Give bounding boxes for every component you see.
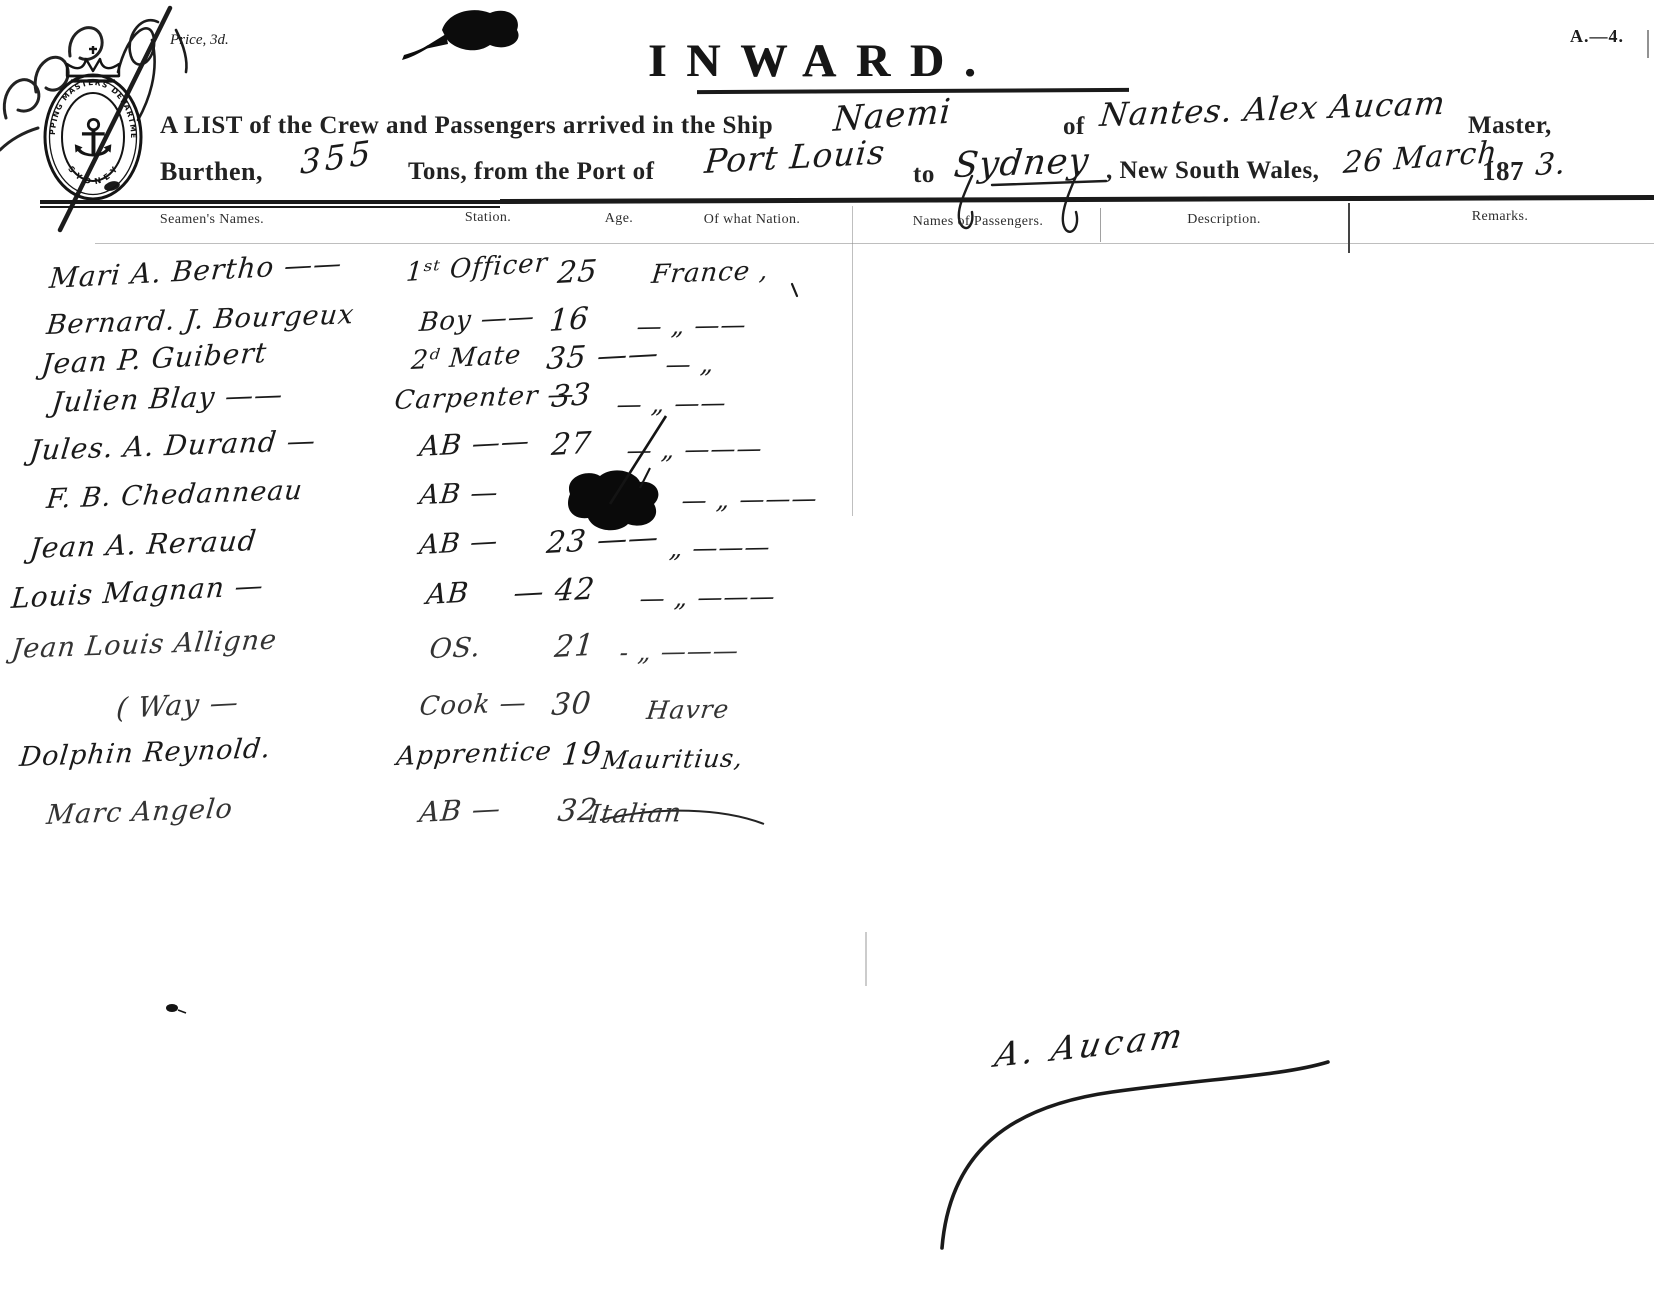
to-label: to — [913, 161, 935, 189]
crew-station: AB — [425, 576, 471, 611]
crew-station: OS. — [428, 632, 483, 665]
crew-age: 35 —— — [545, 336, 661, 377]
crew-name: Louis Magnan — — [10, 569, 265, 615]
france-comma-tick — [792, 284, 797, 296]
crew-nation: - „ ——— — [618, 636, 741, 667]
table-top-rule-left-double — [40, 206, 500, 208]
crew-station: Cook — — [418, 688, 528, 722]
crew-age: 21 — [553, 628, 596, 665]
crew-age: 23 —— — [545, 520, 661, 561]
master-signature: A. Aucam — [992, 1015, 1189, 1075]
svg-text:· S Y D N E Y ·: · S Y D N E Y · — [62, 159, 123, 186]
crew-age: 16 — [548, 301, 591, 339]
crew-name: Dolphin Reynold. — [18, 733, 273, 773]
crew-station: Apprentice — [395, 736, 553, 772]
crew-nation: Italian — [588, 798, 684, 830]
crew-list-document: SHIPPING MASTERS DEPARTMENT · S Y D N E … — [0, 0, 1654, 1312]
column-divider-nation-passengers — [852, 206, 853, 516]
port-from-handwritten: Port Louis — [703, 132, 887, 181]
tons-from-port-label: Tons, from the Port of — [408, 158, 654, 186]
header-age: Age. — [605, 211, 633, 227]
crew-name: Julien Blay —— — [50, 378, 285, 419]
crew-station: 1ˢᵗ Officer — [405, 248, 549, 288]
seal-ring-top-text: SHIPPING MASTERS DEPARTMENT — [0, 0, 138, 139]
crew-name: Jean Louis Alligne — [10, 625, 279, 665]
header-description: Description. — [1187, 212, 1261, 228]
header-seamens-names: Seamen's Names. — [160, 212, 264, 228]
crew-name: ( Way — — [115, 685, 240, 725]
column-divider-passengers-description — [1100, 208, 1101, 242]
date-handwritten: 26 March — [1342, 135, 1499, 181]
corner-scribble — [0, 28, 121, 193]
crew-name: Jules. A. Durand — — [28, 424, 318, 467]
header-bottom-rule — [95, 243, 1654, 244]
crew-name: Jean P. Guibert — [40, 336, 268, 381]
crew-age: — 42 — [512, 572, 597, 611]
crew-nation: — „ —— — [615, 388, 728, 419]
crew-age: 25 — [556, 254, 599, 291]
signature-flourish — [942, 1062, 1328, 1248]
crew-station: Boy —— — [418, 302, 536, 338]
column-divider-description-remarks — [1348, 203, 1350, 253]
price-note: Price, 3d. — [170, 32, 229, 49]
state-label: , New South Wales, — [1106, 157, 1319, 185]
crew-name: Bernard. J. Bourgeux — [45, 299, 356, 341]
header-remarks: Remarks. — [1472, 209, 1528, 225]
crew-nation: — „ — [664, 349, 716, 379]
ink-speck-left-tail — [178, 1010, 186, 1013]
header-of-what-nation: Of what Nation. — [704, 212, 801, 228]
crew-age: 33 — [550, 377, 593, 415]
crew-nation: — „ ——— — [625, 434, 764, 465]
crew-name: Mari A. Bertho —— — [48, 246, 344, 295]
crown-icon — [67, 46, 119, 81]
year-printed: 187 — [1482, 156, 1524, 187]
crew-nation: „ ——— — [668, 532, 772, 563]
of-label: of — [1063, 113, 1085, 141]
port-to-handwritten: Sydney — [952, 141, 1091, 186]
table-top-rule-right — [500, 195, 1654, 204]
crew-name: Jean A. Reraud — [28, 524, 258, 565]
anchor-icon: ⚓ — [70, 109, 117, 169]
crew-station: 2ᵈ Mate — [410, 340, 523, 376]
crew-nation: — „ ——— — [638, 582, 777, 613]
crew-station: AB — — [418, 477, 500, 511]
crew-station: Carpenter — — [393, 380, 576, 416]
crew-station: AB — — [418, 526, 500, 561]
crew-nation: Mauritius, — [600, 743, 745, 775]
crew-nation: — „ ——— — [680, 484, 819, 515]
crew-nation: France , — [650, 256, 770, 290]
ship-name-handwritten: Naemi — [832, 91, 953, 140]
crew-station: AB —— — [418, 424, 531, 463]
diagonal-pen-stroke — [60, 8, 170, 230]
ink-speck-left — [166, 1004, 178, 1012]
header-names-of-passengers: Names of Passengers. — [913, 214, 1043, 230]
burthen-label: Burthen, — [160, 157, 263, 187]
corner-reference: A.—4. — [1570, 26, 1624, 47]
shipping-masters-seal: SHIPPING MASTERS DEPARTMENT · S Y D N E … — [0, 0, 141, 199]
crew-station: AB — — [418, 792, 502, 829]
crew-name: Marc Angelo — [45, 793, 235, 831]
page-title: INWARD. — [648, 34, 996, 88]
svg-text:SHIPPING MASTERS DEPARTMENT: SHIPPING MASTERS DEPARTMENT — [0, 0, 138, 139]
form-line1-prefix: A LIST of the Crew and Passengers arrive… — [160, 112, 773, 140]
year-digit-handwritten: 3. — [1534, 146, 1568, 183]
table-top-rule-left — [40, 200, 502, 204]
ink-blob-top — [402, 10, 519, 60]
crew-age: 19 — [560, 736, 603, 773]
crew-name: F. B. Chedanneau — [45, 475, 304, 515]
registry-master-handwritten: Nantes. Alex Aucam — [1098, 84, 1448, 134]
seal-ring-bottom-text: · S Y D N E Y · — [62, 159, 123, 186]
header-station: Station. — [465, 210, 511, 226]
crew-age: 27 — [550, 426, 593, 463]
crew-nation: Havre — [645, 694, 731, 725]
crew-age: 30 — [550, 686, 593, 723]
